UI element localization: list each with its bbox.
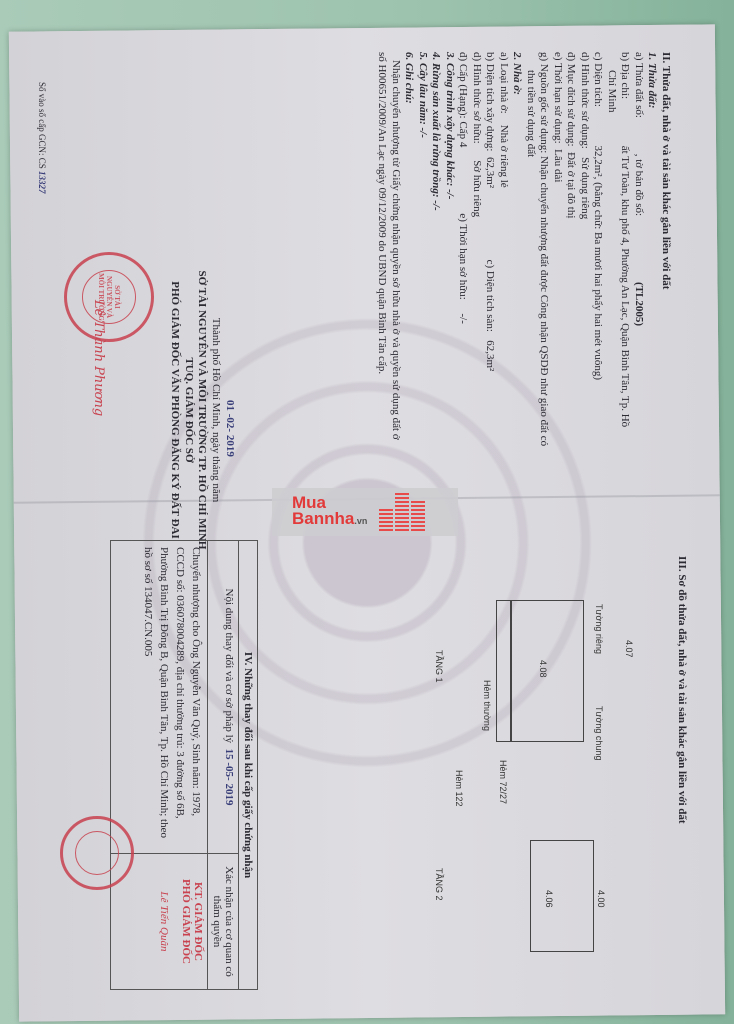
land-area: c) Diện tích: 32,2m², (bằng chữ: Ba mươi…: [591, 52, 605, 446]
perennial-trees: 5. Cây lâu năm: -/-: [416, 52, 430, 446]
watermark-logo-text: Mua Bannha.vn: [292, 495, 367, 529]
registry-number: Số vào sổ cấp GCN: CS 13327: [35, 82, 49, 194]
land-heading: 1. Thửa đất:: [645, 52, 659, 446]
plan-dim: 4.00: [596, 890, 606, 908]
floor-1-label: TẦNG 1: [434, 650, 444, 683]
land-use-purpose: đ) Mục đích sử dụng: Đất ở tại đô thị: [564, 52, 578, 446]
plan-label-wall: Tường riêng: [594, 604, 604, 654]
plan-label-alley: Hẻm thường: [482, 680, 492, 731]
changes-col-header: Nội dung thay đổi và cơ sở pháp lý 15 -0…: [208, 541, 239, 854]
land-origin-cont: thu tiền sử dụng đất: [524, 52, 538, 446]
section-4-title: IV. Những thay đổi sau khi cấp giấy chứn…: [239, 541, 258, 990]
plan-label-alley-122: Hẻm 122: [454, 770, 464, 807]
house-heading: 2. Nhà ở:: [510, 52, 524, 446]
floor-2-plan: [530, 840, 594, 952]
floor-2-label: TẦNG 2: [434, 868, 444, 901]
house-build-area: b) Diện tích xây dựng: 62,3m² c) Diện tí…: [483, 52, 497, 446]
plan-dim: 4.06: [544, 890, 554, 908]
plan-label-shared-wall: Tường chung: [594, 706, 604, 760]
plan-label-alley-72: Hẻm 72/27: [498, 760, 508, 804]
house-type: a) Loại nhà ở: Nhà ở riêng lẻ: [497, 52, 511, 446]
official-seal: SỞ TÀI NGUYÊN VÀ MÔI TRƯỜNG: [64, 252, 154, 342]
house-grade: đ) Cấp (Hạng): Cấp 4 e) Thời hạn sở hữu:…: [456, 52, 470, 446]
house-ownership: d) Hình thức sở hữu: Sở hữu riêng: [470, 52, 484, 446]
land-origin: g) Nguồn gốc sử dụng: Nhận chuyển nhượng…: [537, 52, 551, 446]
notes-line-1: Nhận chuyển nhượng từ Giấy chứng nhận qu…: [389, 52, 403, 446]
approval-col-header: Xác nhận của cơ quan có thẩm quyền: [208, 854, 239, 990]
building-icon: [379, 493, 425, 531]
changes-table: IV. Những thay đổi sau khi cấp giấy chứn…: [110, 540, 258, 990]
issue-date-stamp: 01 -02- 2019: [223, 400, 237, 457]
plan-dim: 4.07: [624, 640, 634, 658]
notes-line-2: số H00651/2009/An Lạc ngày 09/12/2009 do…: [375, 52, 389, 446]
section-3-title: III. Sơ đồ thửa đất, nhà ở và tài sản kh…: [675, 556, 689, 824]
production-forest: 4. Rừng sản xuất là rừng trồng: -/-: [429, 52, 443, 446]
signer-name: Lê Thành Phương: [91, 300, 106, 416]
land-use-form: d) Hình thức sử dụng: Sử dụng riêng: [578, 52, 592, 446]
change-entry: Chuyển nhượng cho Ông Nguyễn Văn Quý, Si…: [111, 541, 208, 854]
land-plot-number: a) Thửa đất số: , tờ bản đồ số: (TL2005): [632, 52, 646, 446]
land-use-term: e) Thời hạn sử dụng: Lâu dài: [551, 52, 565, 446]
approval-seal: [60, 816, 134, 890]
muabannha-watermark: Mua Bannha.vn: [272, 488, 458, 536]
section-2-title: II. Thửa đất, nhà ở và tài sản khác gắn …: [659, 52, 673, 446]
section-2: II. Thửa đất, nhà ở và tài sản khác gắn …: [375, 52, 672, 446]
other-construction: 3. Công trình xây dựng khác: -/-: [443, 52, 457, 446]
plan-dim: 4.08: [538, 660, 548, 678]
land-address: b) Địa chỉ: ất Tư Toàn, khu phố 4, Phườn…: [618, 52, 632, 446]
land-address-cont: Chí Minh: [605, 52, 619, 446]
floor-1-alley: [496, 600, 512, 742]
notes-heading: 6. Ghi chú:: [402, 52, 416, 446]
